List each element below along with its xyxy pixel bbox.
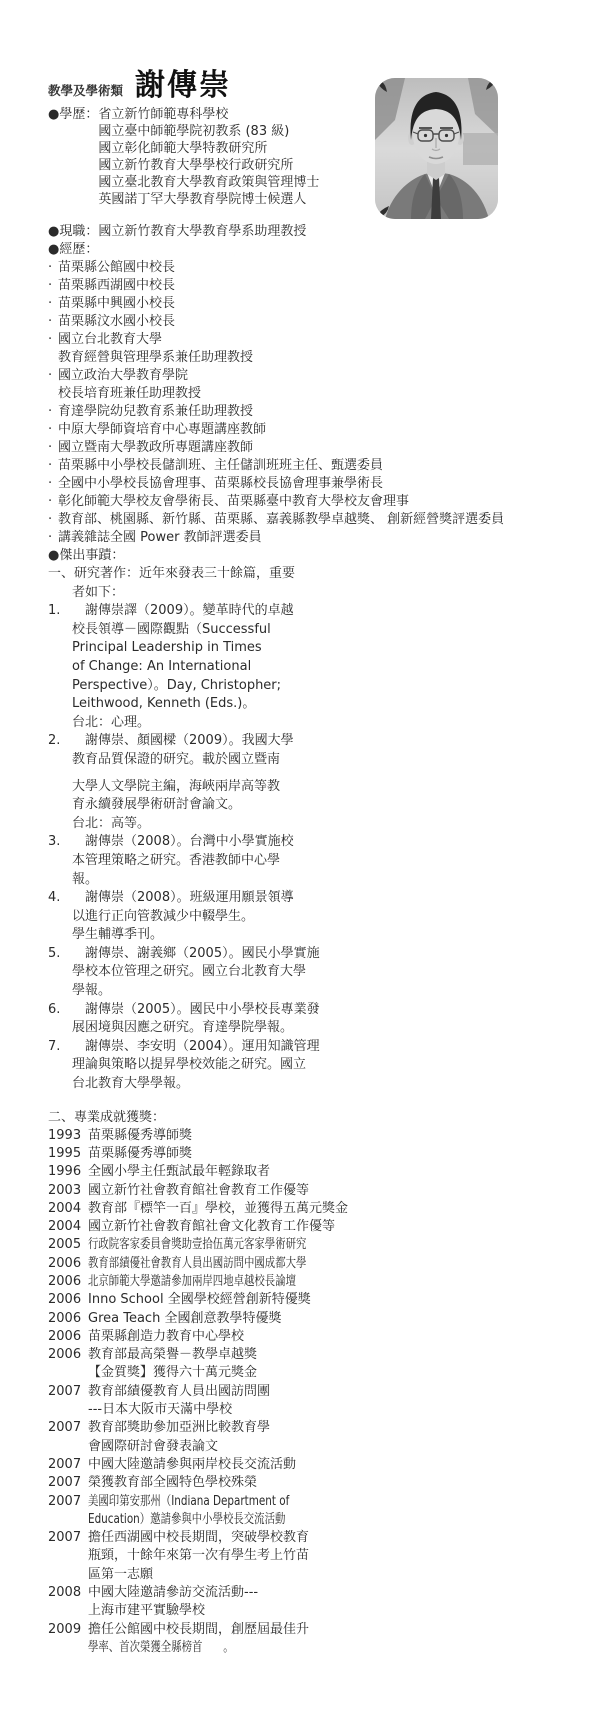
experience-item-text: 苗栗縣中興國小校長 [58,295,175,313]
awards-list: 1993苗栗縣優秀導師獎1995苗栗縣優秀導師獎1996全國小學主任甄試最年輕錄… [48,1127,588,1658]
award-item: 2003國立新竹社會教育館社會教育工作優等 [48,1182,588,1200]
award-item: 2006教育部最高榮譽－教學卓越獎 [48,1346,588,1364]
bullet-dot: · [48,493,58,511]
award-item: 1993苗栗縣優秀導師獎 [48,1127,588,1145]
publication-line: 報。 [72,871,588,890]
publication-line: 學校本位管理之研究。國立台北教育大學 [72,963,588,982]
award-text: 北京師範大學邀請參加兩岸四地卓越校長論壇 [88,1273,296,1291]
experience-item-text: 全國中小學校長協會理事、苗栗縣校長協會理事兼學術長 [58,475,383,493]
award-year: 2007 [48,1474,88,1492]
bullet-dot: · [48,277,58,295]
bullet-dot: · [48,313,58,331]
experience-item: ·苗栗縣中小學校長儲訓班、主任儲訓班班主任、甄選委員 [48,457,588,475]
experience-item: ·教育部、桃園縣、新竹縣、苗栗縣、嘉義縣教學卓越獎、 創新經營獎評選委員 [48,511,588,529]
publication-item: 5.謝傳崇、謝義鄉（2005）。國民小學實施 [48,945,588,964]
award-text: 中國大陸邀請參與兩岸校長交流活動 [88,1456,296,1474]
bullet-dot: · [48,457,58,475]
publication-line: 謝傳崇（2008）。班級運用願景領導 [85,889,294,908]
publication-number: 5. [48,945,85,964]
award-text: 苗栗縣優秀導師獎 [88,1145,192,1163]
award-item: 2006北京師範大學邀請參加兩岸四地卓越校長論壇 [48,1273,588,1291]
publication-item: 6.謝傳崇（2005）。國民中小學校長專業發 [48,1001,588,1020]
award-item: 2006教育部績優社會教育人員出國訪問中國成都大學 [48,1255,588,1273]
experience-item: ·苗栗縣西湖國中校長 [48,277,588,295]
award-item: 2006Grea Teach 全國創意教學特優獎 [48,1310,588,1328]
bullet-dot: · [48,475,58,493]
bullet-dot: · [48,367,58,385]
award-text: 擔任公館國中校長期間，創歷屆最佳升 [88,1621,309,1639]
award-text: 苗栗縣創造力教育中心學校 [88,1328,244,1346]
experience-item: ·國立暨南大學教政所專題講座教師 [48,439,588,457]
experience-item-text: 國立暨南大學教政所專題講座教師 [58,439,253,457]
experience-item-text: 中原大學師資培育中心專題講座教師 [58,421,266,439]
publication-line: 謝傳崇（2005）。國民中小學校長專業發 [85,1001,320,1020]
cv-document: 教學及學術類 謝傳崇 ●學歷： 省立新竹師範專科學校國立臺中師範學院初教系 (8… [0,0,596,1730]
award-text: 【金質獎】獲得六十萬元獎金 [88,1364,588,1382]
publication-line: 台北：高等。 [72,815,588,834]
publication-line: 學生輔導季刊。 [72,926,588,945]
education-item: 國立臺北教育大學教育政策與管理博士 [98,174,319,191]
publication-number: 7. [48,1038,85,1057]
publication-line: 謝傳崇（2008）。台灣中小學實施校 [85,833,294,852]
publication-number: 6. [48,1001,85,1020]
bullet-dot: · [48,421,58,439]
award-text: Education）邀請參與中小學校長交流活動 [88,1511,488,1529]
education-item: 國立臺中師範學院初教系 (83 級) [98,123,319,140]
award-text: 中國大陸邀請參訪交流活動--- [88,1584,258,1602]
award-year: 2006 [48,1255,88,1273]
publication-line: 謝傳崇、李安明（2004）。運用知識管理 [85,1038,320,1057]
award-year: 2006 [48,1328,88,1346]
bullet-dot: · [48,295,58,313]
award-text: 區第一志願 [88,1566,588,1584]
award-year: 2007 [48,1419,88,1437]
award-text: 教育部『標竿一百』學校，並獲得五萬元獎金 [88,1200,348,1218]
award-text: 榮獲教育部全國特色學校殊榮 [88,1474,257,1492]
experience-item-text: 苗栗縣西湖國中校長 [58,277,175,295]
award-item: 1995苗栗縣優秀導師獎 [48,1145,588,1163]
publication-item: 2.謝傳崇、顏國樑（2009）。我國大學 [48,732,588,751]
publication-line: 育永續發展學術研討會論文。 [72,796,588,815]
bullet-dot: · [48,331,58,349]
publication-line: of Change: An International [72,658,588,677]
current-position: ●現職：國立新竹教育大學教育學系助理教授 [48,223,588,241]
research-heading-line1: 一、研究著作：近年來發表三十餘篇，重要 [48,565,588,584]
publication-line: Principal Leadership in Times [72,639,588,658]
award-item: 2009擔任公館國中校長期間，創歷屆最佳升 [48,1621,588,1639]
publication-line: 校長領導－國際觀點（Successful [72,621,588,640]
award-year: 2007 [48,1456,88,1474]
award-text: 會國際研討會發表論文 [88,1438,588,1456]
award-text: 教育部績優教育人員出國訪問團 [88,1383,270,1401]
award-text: 瓶頸，十餘年來第一次有學生考上竹苗 [88,1547,588,1565]
award-item: 2007擔任西湖國中校長期間，突破學校教育 [48,1529,588,1547]
education-item: 國立新竹教育大學學校行政研究所 [98,157,319,174]
document-header: 教學及學術類 謝傳崇 [48,60,588,98]
publication-line: 教育品質保證的研究。載於國立暨南 [72,751,588,770]
experience-item: ·國立政治大學教育學院 [48,367,588,385]
publications-list: 1.謝傳崇譯（2009）。變革時代的卓越校長領導－國際觀點（Successful… [48,602,588,1093]
experience-item: ·苗栗縣中興國小校長 [48,295,588,313]
experience-item-text: 講義雜誌全國 Power 教師評選委員 [58,529,262,547]
experience-item: ·全國中小學校長協會理事、苗栗縣校長協會理事兼學術長 [48,475,588,493]
award-item: 2007中國大陸邀請參與兩岸校長交流活動 [48,1456,588,1474]
publication-line: 謝傳崇譯（2009）。變革時代的卓越 [85,602,294,621]
experience-item-text: 育達學院幼兒教育系兼任助理教授 [58,403,253,421]
publication-line: 以進行正向管教減少中輟學生。 [72,908,588,927]
bullet-dot: · [48,529,58,547]
publication-item: 7.謝傳崇、李安明（2004）。運用知識管理 [48,1038,588,1057]
publication-number: 4. [48,889,85,908]
highlights-label: ●傑出事蹟： [48,547,588,565]
publication-line: 謝傳崇、謝義鄉（2005）。國民小學實施 [85,945,320,964]
category-label: 教學及學術類 [48,81,123,99]
publication-number: 2. [48,732,85,751]
award-text: 全國小學主任甄試最年輕錄取者 [88,1163,270,1181]
education-list: 省立新竹師範專科學校國立臺中師範學院初教系 (83 級)國立彰化師範大學特教研究… [98,106,319,208]
experience-item-text: 國立台北教育大學 [58,331,162,349]
experience-item-text: 苗栗縣汶水國小校長 [58,313,175,331]
award-item: 2007教育部績優教育人員出國訪問團 [48,1383,588,1401]
education-item: 國立彰化師範大學特教研究所 [98,140,319,157]
award-text: 美國印第安那州（Indiana Department of [88,1493,289,1511]
publication-gap [48,770,588,778]
award-text: 上海市建平實驗學校 [88,1602,588,1620]
publication-item: 3.謝傳崇（2008）。台灣中小學實施校 [48,833,588,852]
award-year: 2007 [48,1383,88,1401]
award-year: 2004 [48,1218,88,1236]
publication-line: 大學人文學院主編，海峽兩岸高等教 [72,778,588,797]
award-year: 2004 [48,1200,88,1218]
education-section: ●學歷： 省立新竹師範專科學校國立臺中師範學院初教系 (83 級)國立彰化師範大… [48,106,588,208]
publication-line: 學報。 [72,982,588,1001]
experience-item-text: 苗栗縣中小學校長儲訓班、主任儲訓班班主任、甄選委員 [58,457,383,475]
award-item: 2006Inno School 全國學校經營創新特優獎 [48,1291,588,1309]
award-year: 2006 [48,1273,88,1291]
award-year: 2009 [48,1621,88,1639]
award-text: 教育部最高榮譽－教學卓越獎 [88,1346,257,1364]
experience-item: ·育達學院幼兒教育系兼任助理教授 [48,403,588,421]
bullet-dot: · [48,403,58,421]
award-text: 學率、首次榮獲全縣榜首 。 [88,1639,488,1657]
award-text: 擔任西湖國中校長期間，突破學校教育 [88,1529,309,1547]
publication-item: 4.謝傳崇（2008）。班級運用願景領導 [48,889,588,908]
experience-item: ·中原大學師資培育中心專題講座教師 [48,421,588,439]
award-item: 2008中國大陸邀請參訪交流活動--- [48,1584,588,1602]
experience-item-continued: 教育經營與管理學系兼任助理教授 [58,349,588,367]
experience-item-continued: 校長培育班兼任助理教授 [58,385,588,403]
award-year: 2007 [48,1529,88,1547]
experience-label: ●經歷： [48,241,588,259]
award-year: 2007 [48,1493,88,1511]
award-year: 2003 [48,1182,88,1200]
award-text: ---日本大阪市天滿中學校 [88,1401,588,1419]
current-position-text: 國立新竹教育大學教育學系助理教授 [98,224,306,239]
award-item: 2006苗栗縣創造力教育中心學校 [48,1328,588,1346]
award-text: Inno School 全國學校經營創新特優獎 [88,1291,311,1309]
award-text: 國立新竹社會教育館社會文化教育工作優等 [88,1218,335,1236]
experience-item: ·講義雜誌全國 Power 教師評選委員 [48,529,588,547]
award-item: 2007榮獲教育部全國特色學校殊榮 [48,1474,588,1492]
bullet-dot: · [48,439,58,457]
publication-line: 理論與策略以提昇學校效能之研究。國立 [72,1056,588,1075]
award-year: 1996 [48,1163,88,1181]
award-year: 2006 [48,1346,88,1364]
experience-item: ·彰化師範大學校友會學術長、苗栗縣臺中教育大學校友會理事 [48,493,588,511]
award-item: 2005行政院客家委員會獎助壹拾伍萬元客家學術研究 [48,1236,588,1254]
current-position-label: ●現職： [48,224,98,239]
award-item: 2004國立新竹社會教育館社會文化教育工作優等 [48,1218,588,1236]
award-item: 2007教育部獎助參加亞洲比較教育學 [48,1419,588,1437]
research-heading-line2: 者如下： [72,584,588,603]
experience-item-text: 國立政治大學教育學院 [58,367,188,385]
award-text: 國立新竹社會教育館社會教育工作優等 [88,1182,309,1200]
bullet-dot: · [48,511,58,529]
experience-item-text: 教育部、桃園縣、新竹縣、苗栗縣、嘉義縣教學卓越獎、 創新經營獎評選委員 [58,511,504,529]
award-item: 2007美國印第安那州（Indiana Department of [48,1493,588,1511]
publication-item: 1.謝傳崇譯（2009）。變革時代的卓越 [48,602,588,621]
awards-heading: 二、專業成就獲獎： [48,1108,588,1127]
experience-item: ·國立台北教育大學 [48,331,588,349]
publication-line: Perspective）。Day, Christopher; [72,677,588,696]
publication-number: 1. [48,602,85,621]
person-name: 謝傳崇 [135,60,231,104]
experience-item-text: 苗栗縣公館國中校長 [58,259,175,277]
document-body: 教學及學術類 謝傳崇 ●學歷： 省立新竹師範專科學校國立臺中師範學院初教系 (8… [48,60,588,1657]
award-year: 1993 [48,1127,88,1145]
award-item: 2004教育部『標竿一百』學校，並獲得五萬元獎金 [48,1200,588,1218]
bullet-dot: · [48,259,58,277]
publication-line: 展困境與因應之研究。育達學院學報。 [72,1019,588,1038]
award-text: 苗栗縣優秀導師獎 [88,1127,192,1145]
award-text: 教育部績優社會教育人員出國訪問中國成都大學 [88,1255,306,1273]
award-year: 2005 [48,1236,88,1254]
publication-line: 台北教育大學學報。 [72,1075,588,1094]
experience-item: ·苗栗縣汶水國小校長 [48,313,588,331]
award-text: 行政院客家委員會獎助壹拾伍萬元客家學術研究 [88,1236,306,1254]
award-item: 1996全國小學主任甄試最年輕錄取者 [48,1163,588,1181]
experience-list: ·苗栗縣公館國中校長·苗栗縣西湖國中校長·苗栗縣中興國小校長·苗栗縣汶水國小校長… [48,259,588,547]
award-year: 2006 [48,1291,88,1309]
publication-number: 3. [48,833,85,852]
education-item: 英國諾丁罕大學教育學院博士候選人 [98,191,319,208]
award-year: 2008 [48,1584,88,1602]
award-text: Grea Teach 全國創意教學特優獎 [88,1310,281,1328]
publication-line: 本管理策略之研究。香港教師中心學 [72,852,588,871]
publication-line: 台北：心理。 [72,714,588,733]
experience-item-text: 彰化師範大學校友會學術長、苗栗縣臺中教育大學校友會理事 [58,493,409,511]
education-label: ●學歷： [48,106,98,208]
award-year: 2006 [48,1310,88,1328]
award-year: 1995 [48,1145,88,1163]
education-item: 省立新竹師範專科學校 [98,106,319,123]
publication-line: 謝傳崇、顏國樑（2009）。我國大學 [85,732,294,751]
publication-line: Leithwood, Kenneth (Eds.)。 [72,695,588,714]
experience-item: ·苗栗縣公館國中校長 [48,259,588,277]
award-text: 教育部獎助參加亞洲比較教育學 [88,1419,270,1437]
